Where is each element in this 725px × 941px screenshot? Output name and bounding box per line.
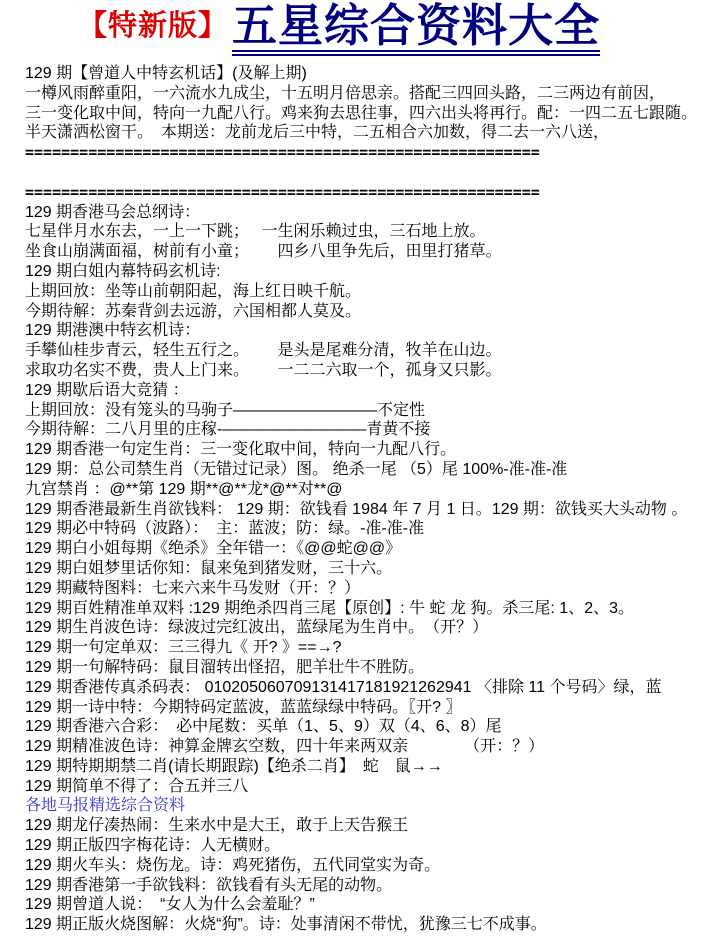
text-line: 九宫禁肖 ：@**第 129 期**@**龙*@**对**@ <box>25 480 719 500</box>
text-line: 各地马报精选综合资料 <box>25 796 719 816</box>
text-line: 129 期白小姐每期《绝杀》全年错一：《@@蛇@@》 <box>25 539 719 559</box>
text-line: 129 期特期期禁二肖(请长期跟踪)【绝杀二肖】 蛇 鼠→→ <box>25 757 719 777</box>
page-header: 【特新版】五星综合资料大全 <box>0 0 725 64</box>
text-line: 129 期：总公司禁生肖（无错过记录）图。 绝杀一尾 （5）尾 100%-准-准… <box>25 460 719 480</box>
text-line <box>25 163 719 183</box>
text-line: 129 期曾道人说： “女人为什么会羞耻？” <box>25 895 719 915</box>
text-line: 129 期正版火烧图解：火烧“狗”。诗：处事清闲不带忧，犹豫三七不成事。 <box>25 915 719 935</box>
text-line: 129 期龙仔凑热闹：生来水中是大王，敢于上天告猴王 <box>25 816 719 836</box>
text-line: 129 期必中特码（波路）： 主：蓝波；防：绿。-准-准-准 <box>25 519 719 539</box>
text-line: 129 期精准波色诗：神算金牌玄空数，四十年来两双亲 （开：？） <box>25 737 719 757</box>
text-line: 求取功名实不费，贵人上门来。 一二二六取一个，孤身又只影。 <box>25 361 719 381</box>
text-line: 今期待解：二八月里的庄稼-—————————青黄不接 <box>25 420 719 440</box>
text-line: 129 期香港六合彩： 必中尾数：买单（1、5、9）双（4、6、8）尾 <box>25 717 719 737</box>
text-line: 129 期正版四字梅花诗：人无横财。 <box>25 836 719 856</box>
text-line: 129 期火车头：烧伤龙。诗：鸡死猪伤，五代同堂实为奇。 <box>25 856 719 876</box>
text-line: 半天潇洒松窗干。 本期送：龙前龙后三中特，二五相合六加数，得二去一六八送， <box>25 123 719 143</box>
text-line: 129 期香港马会总纲诗： <box>25 203 719 223</box>
text-line: 129 期百姓精准单双料 :129 期绝杀四肖三尾【原创】: 牛 蛇 龙 狗。杀… <box>25 599 719 619</box>
text-line: 129 期香港传真杀码表： 01020506070913141718192126… <box>25 678 719 698</box>
edition-badge: 【特新版】 <box>78 10 228 42</box>
text-line: 129 期【曾道人中特玄机话】(及解上期) <box>25 64 719 84</box>
text-line: 手攀仙桂步青云，轻生五行之。 是头是尾难分清，牧羊在山边。 <box>25 341 719 361</box>
text-line: 129 期白姐内幕特码玄机诗: <box>25 262 719 282</box>
text-line: 129 期一句定单双：三三得九《 开? 》==→? <box>25 638 719 658</box>
text-line: 一樽风雨醉重阳，一六流水九成尘，十五明月倍思亲。搭配三四回头路，二三两边有前因， <box>25 84 719 104</box>
text-line: 坐食山崩满面福，树前有小童； 四乡八里争先后，田里打猪草。 <box>25 242 719 262</box>
text-line: 129 期一句解特码：鼠目溜转出怪招，肥羊壮牛不胜防。 <box>25 658 719 678</box>
text-line: 129 期港澳中特玄机诗： <box>25 321 719 341</box>
separator-line: ========================================… <box>25 143 719 163</box>
page-title: 五星综合资料大全 <box>232 2 600 56</box>
text-line: 129 期白姐梦里话你知：鼠来兔到猪发财，三十六。 <box>25 559 719 579</box>
text-line: 三一变化取中间，特向一九配八行。鸡来狗去思往事，四六出头将再行。配：一四二五七跟… <box>25 104 719 124</box>
text-line: 129 期生肖波色诗：绿波过完红波出，蓝绿尾为生肖中。 （开？） <box>25 618 719 638</box>
text-line: 129 期一诗中特：今期特码定蓝波，蓝蓝绿绿中特码。〖开? 〗 <box>25 698 719 718</box>
text-line: 129 期简单不得了：合五并三八 <box>25 777 719 797</box>
text-line: 今期待解：苏秦背剑去远游，六国相都人莫及。 <box>25 302 719 322</box>
text-line: 129 期藏特图料：七来六来牛马发财（开：？） <box>25 579 719 599</box>
text-line: 七星伴月水东去，一上一下跳； 一生闲乐赖过虫，三石地上放。 <box>25 222 719 242</box>
content-lines: 129 期【曾道人中特玄机话】(及解上期)一樽风雨醉重阳，一六流水九成尘，十五明… <box>0 64 725 935</box>
text-line: 129 期歇后语大竞猜 ： <box>25 381 719 401</box>
text-line: 129 期香港最新生肖欲钱料： 129 期：欲钱看 1984 年 7 月 1 日… <box>25 500 719 520</box>
text-line: 上期回放：没有笼头的马驹子—————————不定性 <box>25 401 719 421</box>
text-line: 上期回放：坐等山前朝阳起，海上红日映千航。 <box>25 282 719 302</box>
text-line: 129 期香港一句定生肖：三一变化取中间，特向一九配八行。 <box>25 440 719 460</box>
separator-line: ========================================… <box>25 183 719 203</box>
text-line: 129 期香港第一手欲钱料：欲钱看有头无尾的动物。 <box>25 876 719 896</box>
